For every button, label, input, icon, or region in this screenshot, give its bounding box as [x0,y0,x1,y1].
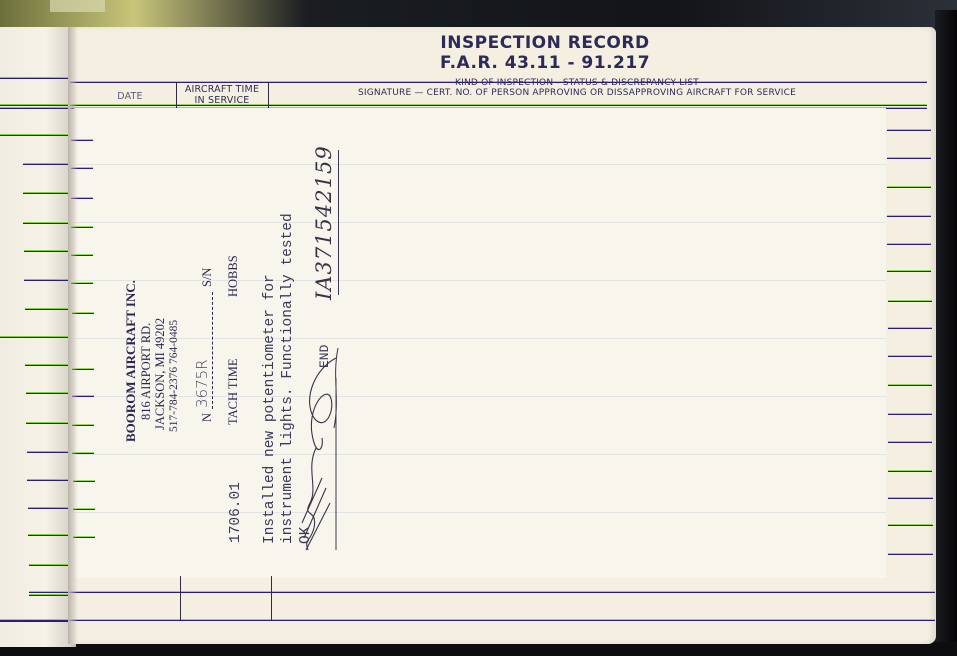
page-rule [888,554,933,555]
page-rule [887,187,931,188]
page-rule [888,301,932,302]
tach-time-label: TACH TIME [226,359,241,425]
stub-rule [23,223,69,224]
stub-rule [0,337,72,338]
n-number-value: 3675R [193,359,211,408]
entry-sticker [74,108,886,578]
binding-shadow [68,27,78,644]
entry-line-1: Installed new potentiometer for [262,274,278,544]
page-rule [888,525,933,526]
stub-rule [24,280,70,281]
stub-rule [27,452,73,453]
page-rule [887,216,931,217]
col-divider-bottom [180,576,181,620]
faint-rule [74,512,886,513]
page-rule [888,442,932,443]
stub-rule [24,251,70,252]
binder-right-edge [935,10,957,656]
stamp-phone: 517-784-2376 764-0485 [168,320,180,432]
stub-rule [0,108,68,109]
stub-rule [0,135,68,136]
page-rule [888,498,933,499]
faint-rule [74,164,886,165]
entry-line-2: instrument lights. Functionally tested [280,213,296,544]
page-rule [887,244,931,245]
stamp-company: BOOROM AIRCRAFT INC. [123,280,139,442]
stamp-address: 816 AIRPORT RD. [139,323,154,420]
page-rule [887,130,931,131]
page-rule [887,158,931,159]
binder-bottom-edge [0,642,957,656]
page-rule [888,356,932,357]
stub-rule [0,105,68,106]
faint-rule [74,454,886,455]
faint-rule [74,222,886,223]
col-divider [268,82,269,109]
stub-rule [26,393,72,394]
stub-rule [0,621,76,622]
stamp-city: JACKSON, MI 49202 [153,318,168,430]
stub-rule [27,480,73,481]
binder-top-edge [0,0,957,28]
page-rule [887,271,931,272]
signature-icon [296,338,344,553]
stub-rule [25,309,71,310]
col-header-signature: SIGNATURE — CERT. NO. OF PERSON APPROVIN… [272,88,882,99]
cert-underline [338,150,339,295]
page-subtitle: F.A.R. 43.11 - 91.217 [300,53,790,73]
sn-label: S/N [200,268,215,287]
faint-rule [74,338,886,339]
page-title: INSPECTION RECORD [300,33,790,53]
page-rule [888,471,932,472]
aircraft-time-value: 1706.01 [228,482,244,543]
hobbs-label: HOBBS [226,255,241,297]
stub-rule [23,193,69,194]
col-header-aircraft-time-2: IN SERVICE [176,95,268,106]
col-header-date: DATE [100,91,160,102]
n-number-label: N [200,413,215,422]
col-divider-bottom [271,576,272,620]
page-rule [888,385,932,386]
page-rule [888,328,932,329]
faint-rule [74,280,886,281]
page-rule [888,414,932,415]
stub-rule [0,78,68,79]
bottom-rule-2 [0,620,935,621]
col-header-aircraft-time-1: AIRCRAFT TIME [176,84,268,95]
stub-rule [26,423,72,424]
glare [50,0,105,12]
n-number-underline [212,292,214,409]
stub-rule [23,164,69,165]
certificate-number: IA371542159 [312,145,336,300]
stub-rule [25,365,71,366]
bottom-rule [29,592,935,593]
